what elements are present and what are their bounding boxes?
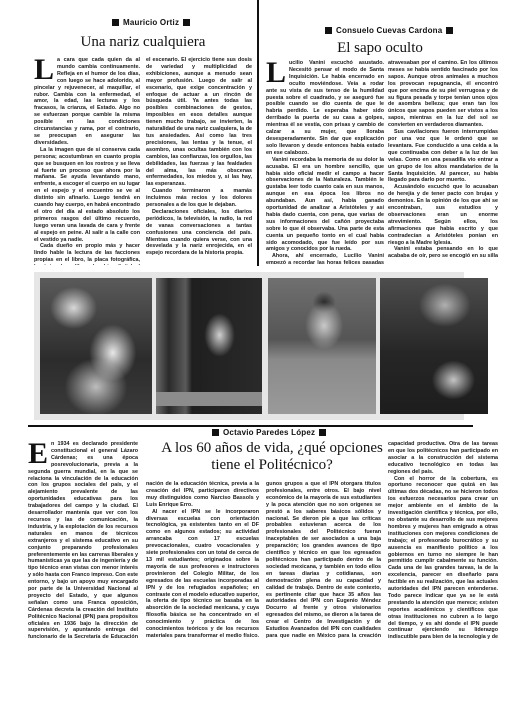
paragraph: gunos grupos a que el IPN otorgara títul… (266, 481, 381, 639)
article-column: nación de la educación técnica, previa a… (146, 481, 259, 639)
bullet-square-icon (325, 27, 332, 34)
byline-consuelo-cuevas-cardona: Consuelo Cuevas Cardona (325, 26, 453, 35)
headline-el-sapo-oculto: El sapo oculto (300, 40, 460, 57)
paragraph: Vanini recordaba la memoria de su dolor … (266, 157, 384, 254)
bullet-square-icon (183, 19, 190, 26)
article-column: capacidad productiva. Otra de las tareas… (388, 441, 498, 639)
dropcap: L (34, 58, 54, 82)
article-column: L ucilio Vanini escuchó asustado. Necesi… (266, 60, 384, 264)
byline-octavio-paredes-lopez: Octavio Paredes López (212, 428, 326, 437)
section-divider (28, 425, 237, 427)
paragraph: nación de la educación técnica, previa a… (146, 481, 259, 509)
author-name: Consuelo Cuevas Cardona (336, 26, 442, 35)
paragraph: Sus cavilaciones fueron interrumpidas po… (388, 129, 498, 184)
photo-trees-scene (380, 278, 488, 414)
dropcap: L (266, 61, 286, 85)
byline-mauricio-ortiz: Mauricio Ortiz (112, 18, 190, 27)
bullet-square-icon (212, 429, 219, 436)
paragraph: Cuando terminaron a mamás incluimos más … (146, 188, 252, 209)
bullet-square-icon (319, 429, 326, 436)
paragraph: Al nacer el IPN se le incorporaron diver… (146, 509, 259, 639)
paragraph: Declaraciones oficiales, los diarios per… (146, 209, 252, 257)
author-name: Octavio Paredes López (223, 428, 315, 437)
paragraph: n 1934 es declarado presidente constituc… (28, 441, 138, 639)
bullet-square-icon (112, 19, 119, 26)
article-column: gunos grupos a que el IPN otorgara títul… (266, 481, 381, 639)
headline-politecnico-line2: tiene el Politécnico? (148, 457, 396, 474)
paragraph: Vanini estaba pensando en lo que acababa… (388, 246, 498, 260)
paragraph: Ahora, ahí encerrado, Lucilio Vanini emp… (266, 253, 384, 264)
paragraph: el escenario. El ejercicio tiene sus dos… (146, 57, 252, 188)
section-divider (237, 425, 473, 427)
article-column: atravesaban por el camino. En los último… (388, 60, 498, 260)
author-name: Mauricio Ortiz (123, 18, 179, 27)
headline-politecnico-line1: A los 60 años de vida, ¿qué opciones (148, 440, 396, 457)
paragraph: capacidad productiva. Otra de las tareas… (388, 441, 498, 476)
bullet-square-icon (446, 27, 453, 34)
photo-woman-with-animal (40, 278, 152, 414)
headline-una-nariz-cualquiera: Una nariz cualquiera (40, 34, 246, 51)
photo-girl-at-window (156, 278, 262, 414)
paragraph: Acusándolo escuchó que lo acusaban de he… (388, 184, 498, 246)
article-column: L a cara que cada quien da al mundo camb… (34, 57, 140, 265)
dropcap: E (28, 442, 48, 466)
newspaper-page: Mauricio Ortiz Una nariz cualquiera L a … (0, 0, 528, 720)
paragraph: atravesaban por el camino. En los último… (388, 60, 498, 129)
column-divider (257, 0, 259, 266)
paragraph: Cada dueño en propio más y hacer lindo h… (34, 243, 140, 265)
paragraph: La la imagen que de sí conserva cada per… (34, 147, 140, 244)
photo-young-boy (268, 278, 376, 414)
photo-strip (34, 272, 464, 420)
article-column: el escenario. El ejercicio tiene sus dos… (146, 57, 252, 257)
paragraph: Con el horror de la cobertura, es oportu… (388, 476, 498, 639)
article-column: E n 1934 es declarado presidente constit… (28, 441, 138, 639)
